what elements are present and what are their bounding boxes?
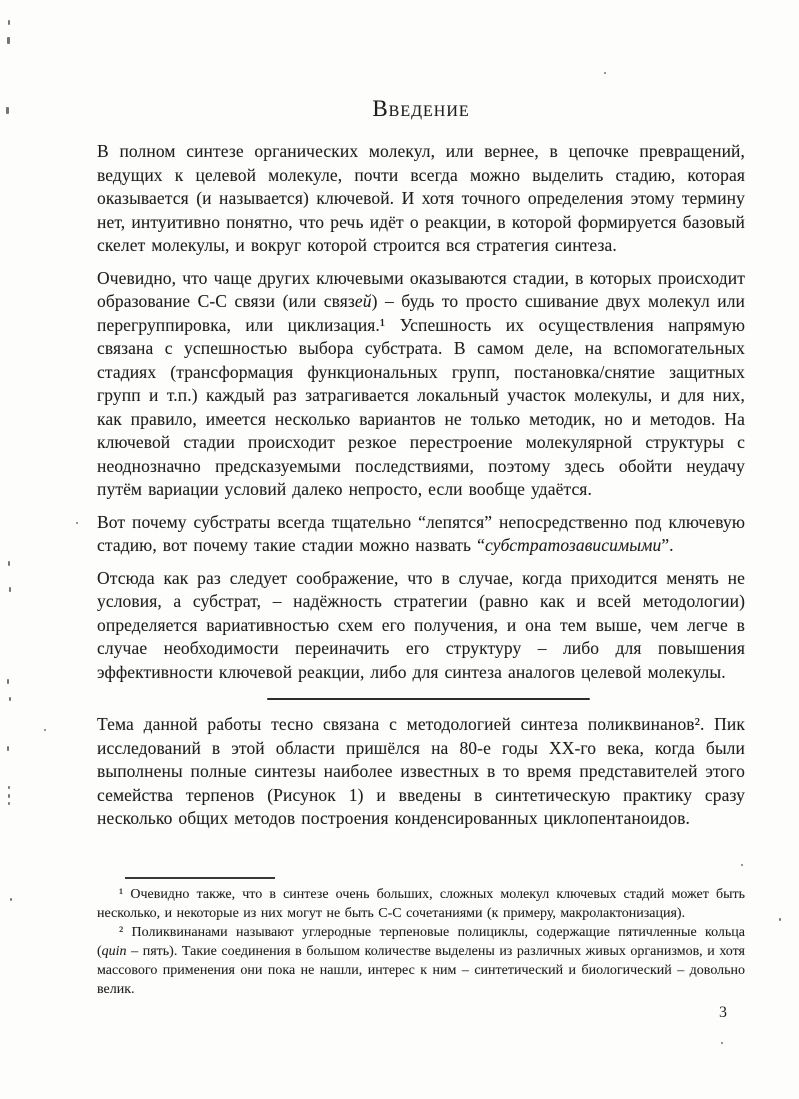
- scan-speck: [76, 522, 78, 524]
- page-title: Введение: [97, 96, 745, 122]
- scan-speck: [721, 1042, 723, 1044]
- scan-speck: [10, 898, 12, 901]
- scan-speck: [9, 587, 11, 592]
- scan-speck: [8, 20, 10, 25]
- scan-speck: [741, 864, 743, 866]
- scan-speck: [7, 746, 9, 751]
- scan-speck: [7, 37, 10, 44]
- paragraph-3: Вот почему субстраты всегда тщательно “л…: [97, 511, 745, 558]
- footnote-separator: [125, 877, 275, 879]
- footnotes-section: ¹ Очевидно также, что в синтезе очень бо…: [97, 877, 745, 999]
- scan-speck: [8, 561, 10, 566]
- page-number: 3: [719, 1004, 727, 1022]
- scan-speck: [779, 918, 781, 921]
- scan-speck: [8, 794, 10, 798]
- footnote-2: ² Поликвинанами называют углеродные терп…: [97, 923, 745, 999]
- scan-speck: [7, 679, 9, 684]
- scan-speck: [6, 107, 9, 114]
- paragraph-1: В полном синтезе органических молекул, и…: [97, 140, 745, 258]
- scan-speck: [9, 697, 11, 701]
- paragraph-5: Тема данной работы тесно связана с метод…: [97, 713, 745, 831]
- footnote-1: ¹ Очевидно также, что в синтезе очень бо…: [97, 885, 745, 923]
- scan-speck: [604, 72, 606, 74]
- scan-speck: [8, 802, 10, 805]
- paragraph-4: Отсюда как раз следует соображение, что …: [97, 567, 745, 685]
- paragraph-2: Очевидно, что чаще других ключевыми оказ…: [97, 267, 745, 502]
- section-divider: [267, 698, 590, 700]
- document-page: Введение В полном синтезе органических м…: [97, 96, 745, 840]
- scan-speck: [8, 786, 10, 789]
- scan-speck: [44, 729, 46, 731]
